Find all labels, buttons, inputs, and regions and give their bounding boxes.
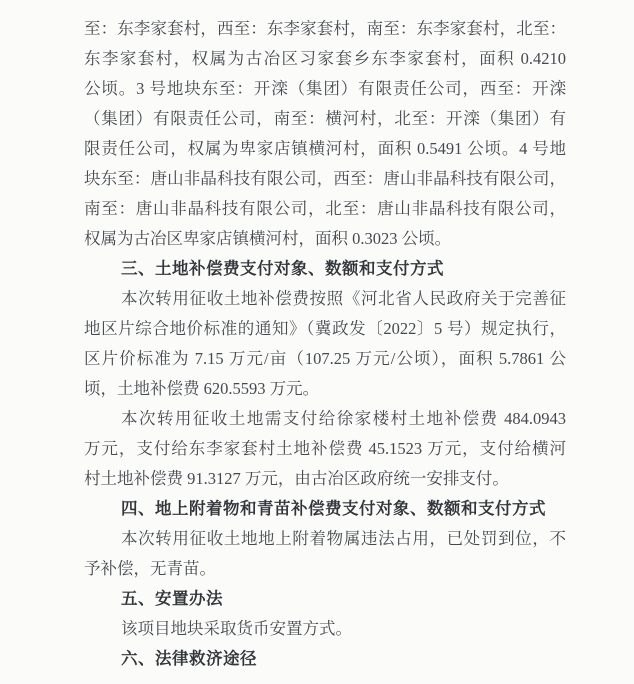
document-text-block: 至：东李家套村，西至：东李家套村，南至：东李家套村，北至：东李家套村，权属为古冶… [84, 14, 566, 674]
document-line: 东李家套村，权属为古冶区习家套乡东李家套村，面积 0.4210 [84, 44, 566, 74]
section-heading: 四、地上附着物和青苗补偿费支付对象、数额和支付方式 [84, 494, 566, 524]
document-line: 村土地补偿费 91.3127 万元，由古冶区政府统一安排支付。 [84, 464, 566, 494]
document-line: 本次转用征收土地补偿费按照《河北省人民政府关于完善征 [84, 284, 566, 314]
document-line: 地区片综合地价标准的通知》（冀政发〔2022〕5 号）规定执行， [84, 314, 566, 344]
section-heading: 三、土地补偿费支付对象、数额和支付方式 [84, 254, 566, 284]
document-line: （集团）有限责任公司，南至：横河村，北至：开滦（集团）有 [84, 104, 566, 134]
document-page: 至：东李家套村，西至：东李家套村，南至：东李家套村，北至：东李家套村，权属为古冶… [0, 0, 634, 684]
document-line: 南至：唐山非晶科技有限公司，北至：唐山非晶科技有限公司， [84, 194, 566, 224]
document-line: 限责任公司，权属为卑家店镇横河村，面积 0.5491 公顷。4 号地 [84, 134, 566, 164]
document-line: 顷，土地补偿费 620.5593 万元。 [84, 374, 566, 404]
section-heading: 五、安置办法 [84, 584, 566, 614]
document-line: 本次转用征收土地地上附着物属违法占用，已处罚到位，不 [84, 524, 566, 554]
document-line: 予补偿，无青苗。 [84, 554, 566, 584]
section-heading: 六、法律救济途径 [84, 644, 566, 674]
document-line: 至：东李家套村，西至：东李家套村，南至：东李家套村，北至： [84, 14, 566, 44]
document-line: 区片价标准为 7.15 万元/亩（107.25 万元/公顷），面积 5.7861… [84, 344, 566, 374]
document-line: 权属为古冶区卑家店镇横河村，面积 0.3023 公顷。 [84, 224, 566, 254]
document-line: 公顷。3 号地块东至：开滦（集团）有限责任公司，西至：开滦 [84, 74, 566, 104]
document-line: 块东至：唐山非晶科技有限公司，西至：唐山非晶科技有限公司， [84, 164, 566, 194]
document-line: 本次转用征收土地需支付给徐家楼村土地补偿费 484.0943 [84, 404, 566, 434]
document-line: 万元，支付给东李家套村土地补偿费 45.1523 万元，支付给横河 [84, 434, 566, 464]
document-line: 该项目地块采取货币安置方式。 [84, 614, 566, 644]
